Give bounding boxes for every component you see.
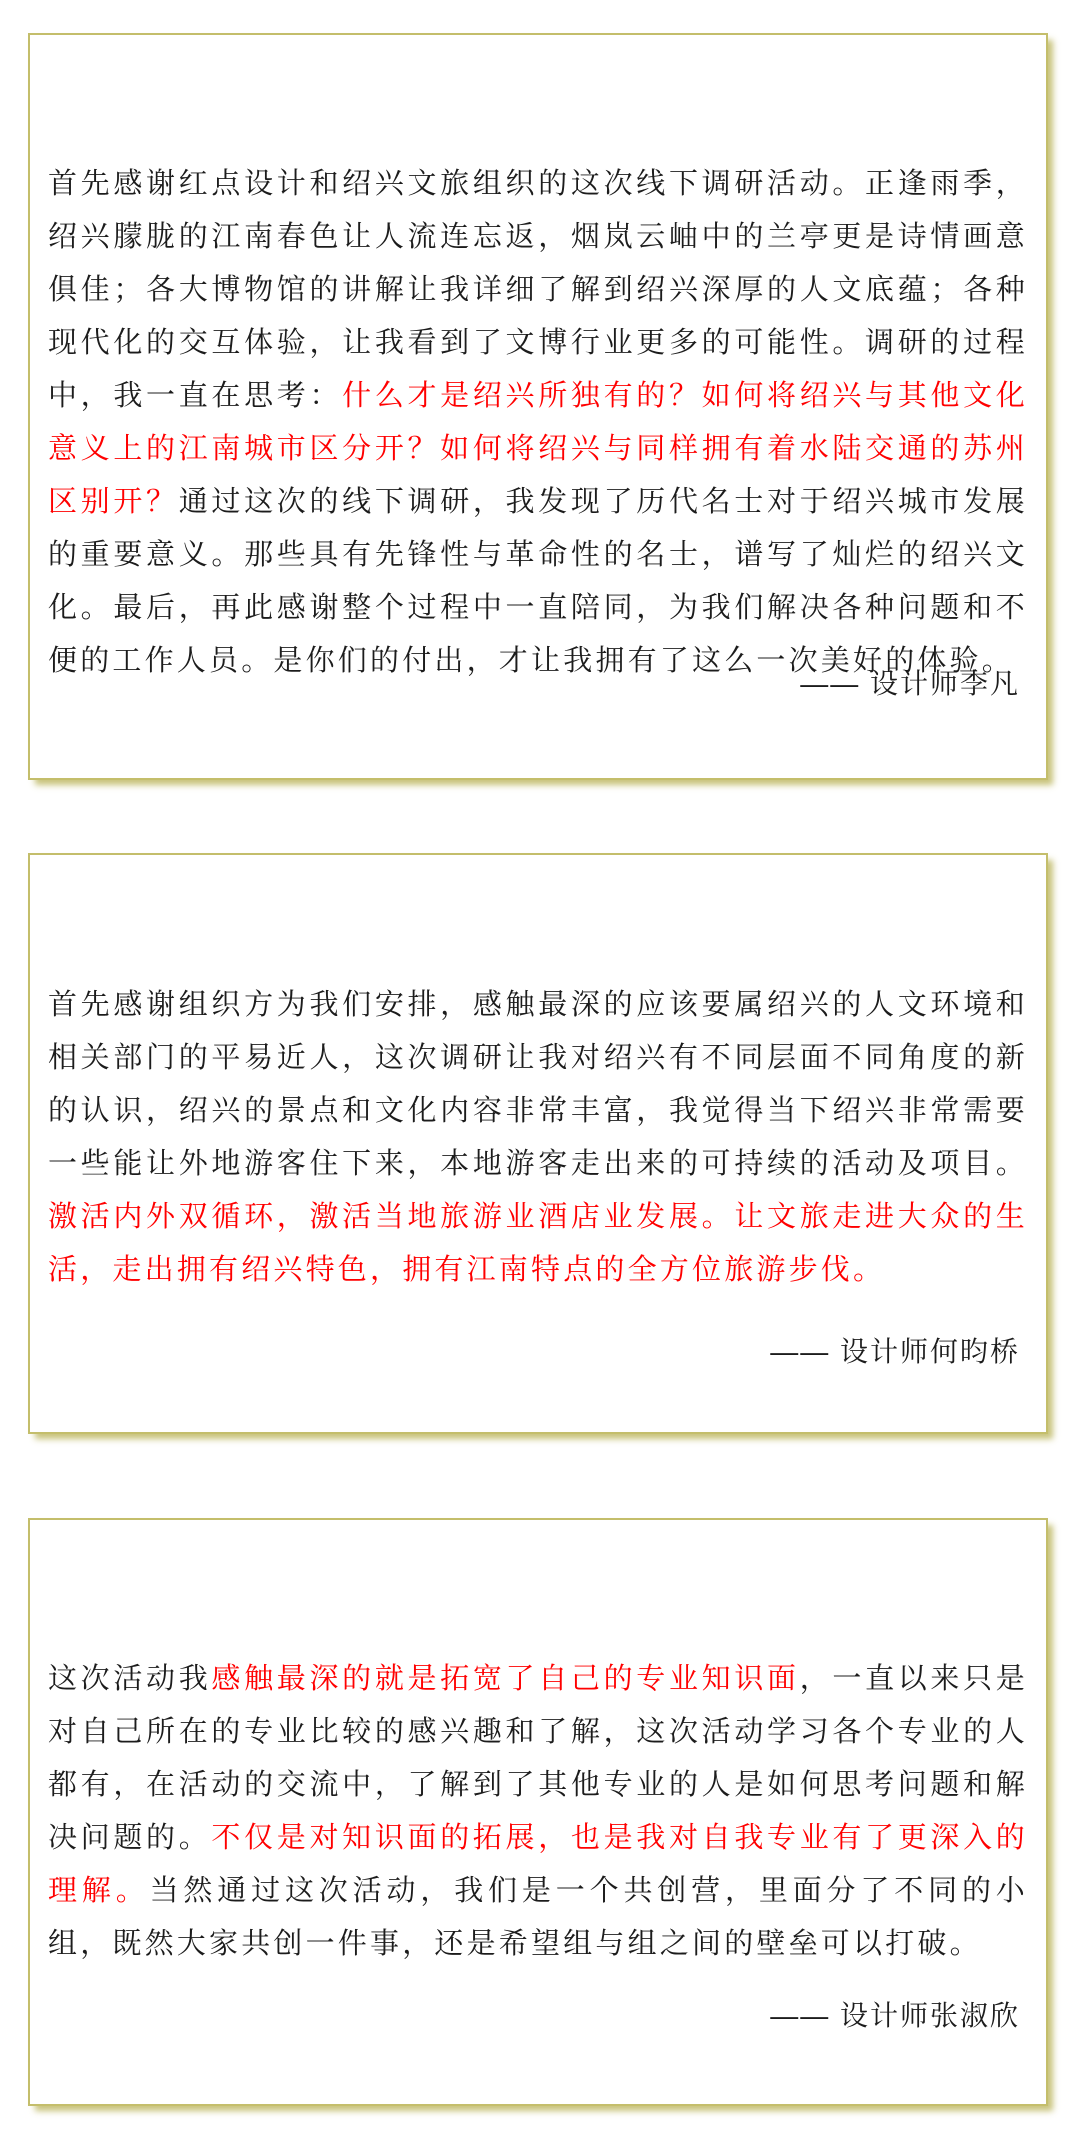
designer-signature: —— 设计师何昀桥 [770,1330,1020,1370]
highlighted-text: 感触最深的就是拓宽了自己的专业知识面 [211,1663,799,1695]
testimonial-card: 首先感谢红点设计和绍兴文旅组织的这次线下调研活动。正逢雨季，绍兴朦胧的江南春色让… [28,33,1048,780]
testimonial-paragraph: 首先感谢红点设计和绍兴文旅组织的这次线下调研活动。正逢雨季，绍兴朦胧的江南春色让… [48,35,1028,688]
designer-signature: —— 设计师张淑欣 [770,1994,1020,2034]
testimonial-paragraph: 首先感谢组织方为我们安排，感触最深的应该要属绍兴的人文环境和相关部门的平易近人，… [48,855,1028,1297]
testimonial-paragraph: 这次活动我感触最深的就是拓宽了自己的专业知识面，一直以来只是对自己所在的专业比较… [48,1520,1028,1971]
testimonials-container: 首先感谢红点设计和绍兴文旅组织的这次线下调研活动。正逢雨季，绍兴朦胧的江南春色让… [0,33,1075,2106]
body-text: 当然通过这次活动，我们是一个共创营，里面分了不同的小组，既然大家共创一件事，还是… [48,1875,1028,1960]
highlighted-text: 激活内外双循环，激活当地旅游业酒店业发展。让文旅走进大众的生活，走出拥有绍兴特色… [48,1201,1028,1286]
body-text: 首先感谢红点设计和绍兴文旅组织的这次线下调研活动。正逢雨季，绍兴朦胧的江南春色让… [48,168,1028,412]
body-text: 通过这次的线下调研，我发现了历代名士对于绍兴城市发展的重要意义。那些具有先锋性与… [48,486,1028,677]
body-text: 首先感谢组织方为我们安排，感触最深的应该要属绍兴的人文环境和相关部门的平易近人，… [48,989,1028,1180]
designer-signature: —— 设计师李凡 [800,662,1020,702]
testimonial-card: 这次活动我感触最深的就是拓宽了自己的专业知识面，一直以来只是对自己所在的专业比较… [28,1518,1048,2106]
body-text: 这次活动我 [48,1663,211,1695]
testimonial-card: 首先感谢组织方为我们安排，感触最深的应该要属绍兴的人文环境和相关部门的平易近人，… [28,853,1048,1434]
